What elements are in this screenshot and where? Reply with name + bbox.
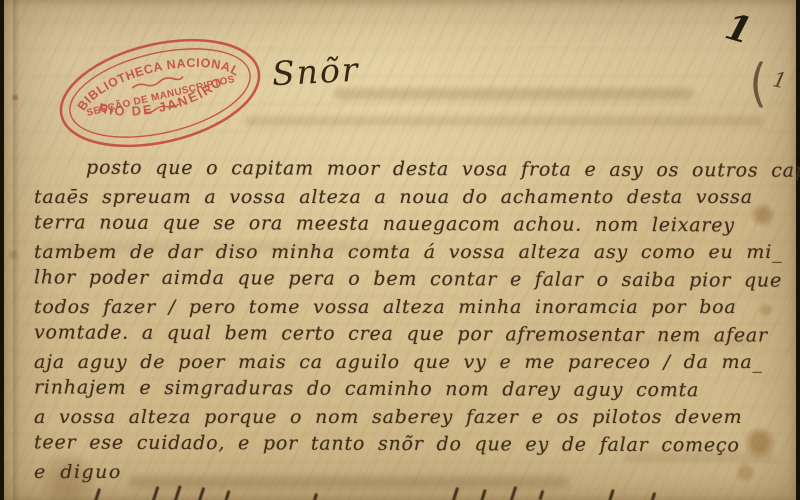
text-line: a vossa alteza porque o nom saberey faze… [34, 406, 779, 434]
showthrough-smudge [244, 116, 764, 126]
salutation-heading: Snõr [271, 50, 360, 94]
folio-mark: (1 [748, 54, 784, 114]
manuscript-page: BIBLIOTHECA NACIONAL SECÇÃO DE MANUSCRIP… [4, 0, 796, 500]
text-line: vomtade. a qual bem certo crea que por a… [34, 322, 779, 353]
text-line: posto que o capitam moor desta vosa frot… [34, 156, 779, 187]
text-line: taaēs spreuam a vossa alteza a noua do a… [34, 186, 779, 214]
cutoff-stroke [94, 488, 101, 500]
text-line: lhor poder aimda que pera o bem contar e… [34, 267, 779, 298]
text-line: todos fazer / pero tome vossa alteza min… [34, 296, 779, 324]
library-stamp: BIBLIOTHECA NACIONAL SECÇÃO DE MANUSCRIP… [45, 18, 275, 169]
folio-paren: ( [750, 54, 767, 114]
library-stamp-svg: BIBLIOTHECA NACIONAL SECÇÃO DE MANUSCRIP… [45, 18, 275, 169]
page-number: 1 [721, 5, 757, 52]
manuscript-text: posto que o capitam moor desta vosa frot… [34, 158, 779, 489]
text-line: tambem de dar diso minha comta á vossa a… [34, 241, 779, 269]
text-line: teer ese cuidado, e por tanto snõr do qu… [34, 432, 779, 463]
text-line: terra noua que se ora meesta nauegacom a… [34, 211, 779, 242]
folio-digit: 1 [771, 67, 789, 93]
scanned-manuscript: BIBLIOTHECA NACIONAL SECÇÃO DE MANUSCRIP… [0, 0, 800, 500]
cutoff-stroke [480, 489, 486, 500]
text-line: rinhajem e simgraduras do caminho nom da… [34, 377, 779, 408]
cutoff-stroke [608, 489, 614, 500]
showthrough-smudge [334, 88, 694, 100]
cutoff-stroke [224, 490, 230, 500]
cutoff-stroke [539, 490, 544, 500]
text-line: e diguo [34, 461, 779, 489]
cutoff-stroke [313, 493, 318, 500]
cutoff-stroke [452, 487, 459, 500]
cutoff-stroke [198, 487, 205, 500]
cutoff-stroke [651, 492, 656, 500]
text-line: aja aguy de poer mais ca aguilo que vy e… [34, 351, 779, 379]
